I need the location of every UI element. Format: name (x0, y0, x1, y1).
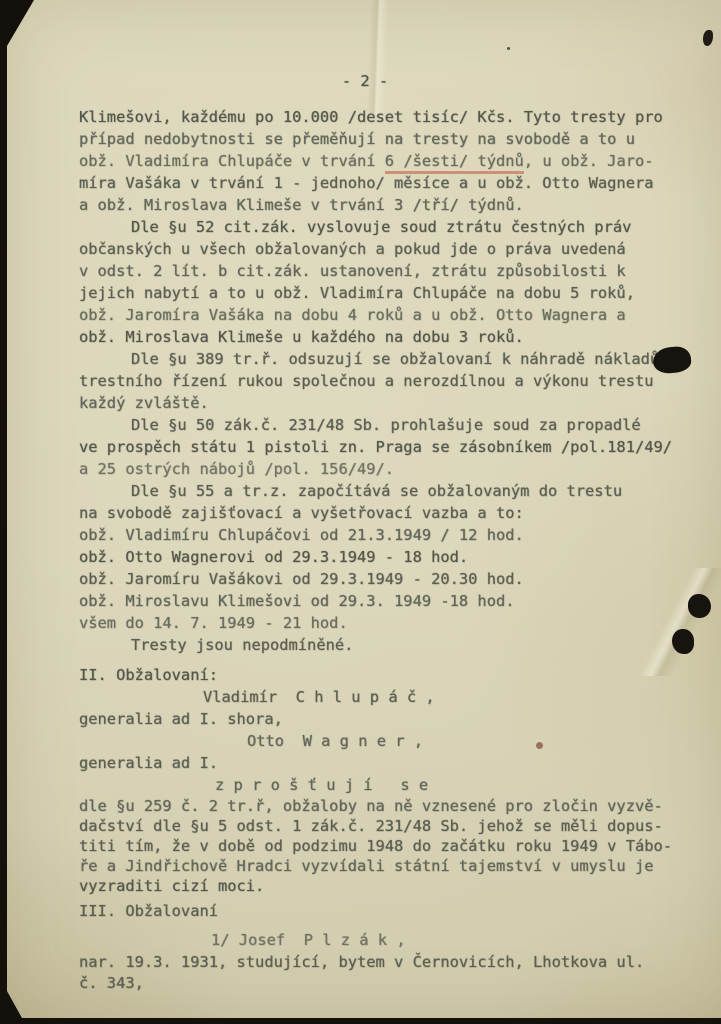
text-line: Klimešovi, každému po 10.000 /deset tisí… (79, 106, 691, 128)
text-line: Dle §u 55 a tr.z. započítává se obžalova… (79, 480, 691, 502)
text-line: Dle §u 389 tr.ř. odsuzují se obžalovaní … (79, 348, 691, 370)
scanned-document-page: - 2 - Klimešovi, každému po 10.000 /dese… (0, 0, 721, 1024)
custody-entry: obž. Otto Wagnerovi od 29.3.1949 - 18 ho… (79, 546, 691, 568)
ink-blot (688, 594, 711, 618)
custody-entry: obž. Vladimíru Chlupáčovi od 21.3.1949 /… (79, 524, 691, 546)
dust-speck (507, 47, 510, 50)
text-line: Tresty jsou nepodmíněné. (79, 634, 691, 656)
text-line: generalia ad I. shora, (79, 708, 691, 730)
text-line: jejich nabytí a to u obž. Vladimíra Chlu… (79, 282, 691, 304)
text-line: ve prospěch státu 1 pistoli zn. Praga se… (79, 436, 691, 458)
text-segment: , u obž. Jaro- (524, 152, 654, 170)
text-line: titi tím, že v době od podzimu 1948 do z… (79, 836, 691, 856)
custody-entry: všem do 14. 7. 1949 - 21 hod. (79, 612, 691, 634)
text-line: trestního řízení rukou společnou a neroz… (79, 370, 691, 392)
custody-entry: obž. Jaromíru Vašákovi od 29.3.1949 - 20… (79, 568, 691, 590)
text-line: a 25 ostrých nábojů /pol. 156/49/. (79, 458, 691, 480)
defendant-name: Otto W a g n e r , (79, 730, 691, 752)
text-line: a obž. Miroslava Klimeše v trvání 3 /tří… (79, 194, 691, 216)
text-line: nar. 19.3. 1931, studující, bytem v Čern… (79, 951, 691, 973)
text-line: občanských u všech obžalovaných a pokud … (79, 238, 691, 260)
paper-sheet: - 2 - Klimešovi, každému po 10.000 /dese… (7, 0, 721, 1018)
defendant-name: 1/ Josef P l z á k , (79, 929, 691, 951)
text-line: v odst. 2 lít. b cit.zák. ustanovení, zt… (79, 260, 691, 282)
verdict-line: z p r o š ť u j í s e (79, 774, 691, 796)
section-heading: III. Obžalovaní (79, 900, 691, 922)
text-line: ře a Jindřichově Hradci vyzvídali státní… (79, 856, 691, 876)
custody-entry: obž. Miroslavu Klimešovi od 29.3. 1949 -… (79, 590, 691, 612)
text-line: dačství dle §u 5 odst. 1 zák.č. 231/48 S… (79, 816, 691, 836)
text-line: míra Vašáka v trvání 1 - jednoho/ měsíce… (79, 172, 691, 194)
text-line: vyzraditi cizí moci. (79, 876, 691, 896)
text-segment: obž. Vladimíra Chlupáče v trvání (79, 152, 385, 170)
defendant-name: Vladimír C h l u p á č , (79, 686, 691, 708)
text-line: Dle §u 50 zák.č. 231/48 Sb. prohlašuje s… (79, 414, 691, 436)
text-line: dle §u 259 č. 2 tr.ř, obžaloby na ně vzn… (79, 796, 691, 816)
red-underlined-text: 6 /šesti/ týdnů (385, 152, 524, 174)
text-line: případ nedobytnosti se přeměňují na tres… (79, 128, 691, 150)
text-line: Dle §u 52 cit.zák. vyslovuje soud ztrátu… (79, 216, 691, 238)
text-line: na svobodě zajišťovací a vyšetřovací vaz… (79, 502, 691, 524)
text-line: každý zvláště. (79, 392, 691, 414)
text-line: generalia ad I. (79, 752, 691, 774)
text-line: obž. Miroslava Klimeše u každého na dobu… (79, 326, 691, 348)
page-number: - 2 - (79, 70, 691, 92)
stain-dot (536, 742, 543, 749)
text-line: obž. Jaromíra Vašáka na dobu 4 roků a u … (79, 304, 691, 326)
text-line: obž. Vladimíra Chlupáče v trvání 6 /šest… (79, 150, 691, 172)
ink-blot (672, 629, 694, 654)
section-heading: II. Obžalovaní: (79, 664, 691, 686)
text-line: č. 343, (79, 973, 691, 993)
typewritten-text-block: - 2 - Klimešovi, každému po 10.000 /dese… (79, 70, 691, 993)
